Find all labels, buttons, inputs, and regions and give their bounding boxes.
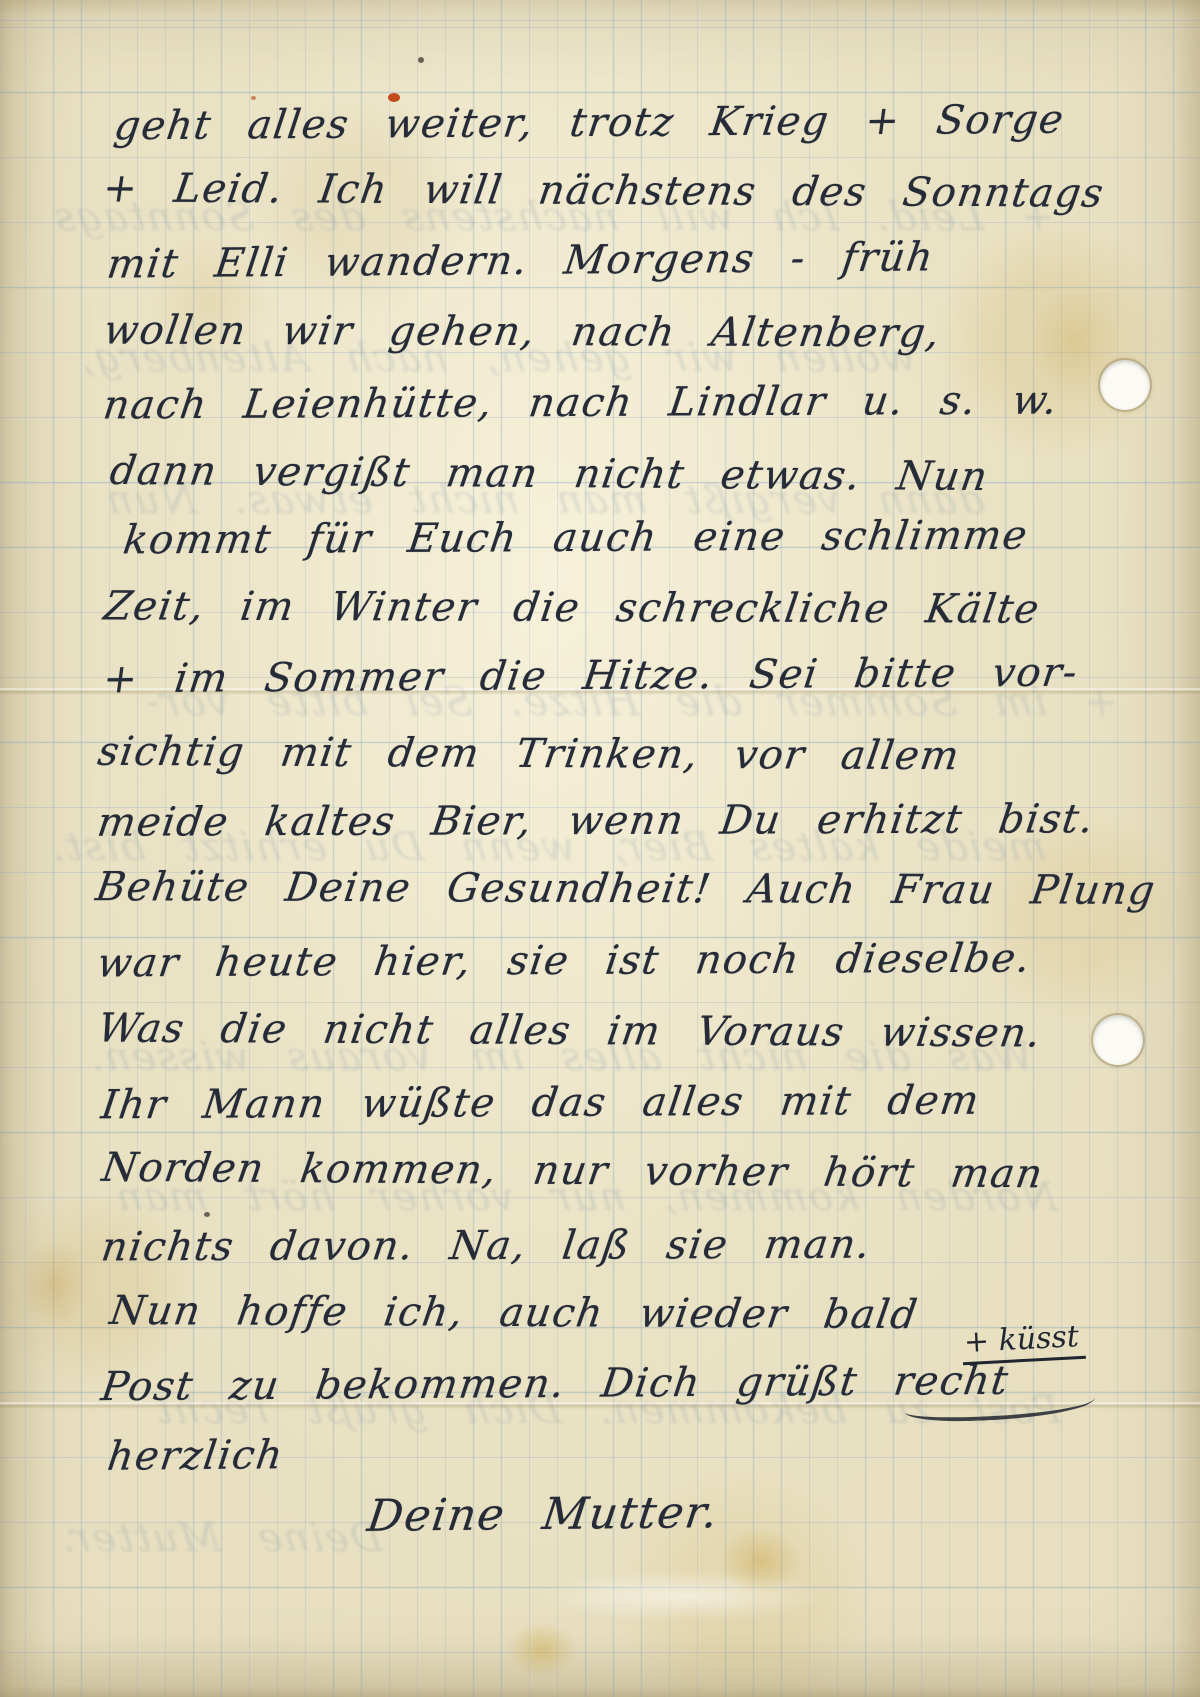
handwriting-line: + Leid. Ich will nächstens des Sonntags [100,165,1107,216]
handwriting-line: Ihr Mann wüßte das alles mit dem [99,1078,983,1129]
handwriting-layer: geht alles weiter, trotz Krieg + Sorge+ … [0,0,1200,1697]
letter-page: + Leid. Ich will nächstens des Sonntagsw… [0,0,1200,1697]
handwriting-line: nichts davon. Na, laß sie man. [99,1222,874,1271]
handwriting-line: Norden kommen, nur vorher hört man [99,1145,1047,1198]
handwriting-line: wollen wir gehen, nach Altenberg, [101,308,944,357]
handwriting-line: geht alles weiter, trotz Krieg + Sorge [111,97,1067,150]
handwriting-line: nach Leienhütte, nach Lindlar u. s. w. [101,378,1062,429]
punch-hole [1100,360,1150,410]
handwriting-line: Post zu bekommen. Dich grüßt recht [98,1358,1011,1410]
handwriting-line: Was die nicht alles im Voraus wissen. [95,1006,1045,1057]
handwriting-line: meide kaltes Bier, wenn Du erhitzt bist. [95,796,1098,845]
handwriting-line: mit Elli wandern. Morgens - früh [104,234,936,287]
handwriting-line: kommt für Euch auch eine schlimme [121,513,1032,564]
interline-annotation: + küsst [961,1319,1086,1365]
handwriting-line: + im Sommer die Hitze. Sei bitte vor- [100,650,1081,703]
punch-hole [1093,1015,1143,1065]
handwriting-line: Zeit, im Winter die schreckliche Kälte [101,583,1043,632]
handwriting-line: Deine Mutter. [364,1487,721,1542]
handwriting-line: war heute hier, sie ist noch dieselbe. [95,936,1034,987]
handwriting-line: Behüte Deine Gesundheit! Auch Frau Plung [93,864,1159,914]
handwriting-line: sichtig mit dem Trinken, vor allem [95,729,963,780]
handwriting-line: herzlich [105,1432,287,1480]
handwriting-line: Nun hoffe ich, auch wieder bald [107,1288,921,1338]
handwriting-line: dann vergißt man nicht etwas. Nun [107,448,991,500]
